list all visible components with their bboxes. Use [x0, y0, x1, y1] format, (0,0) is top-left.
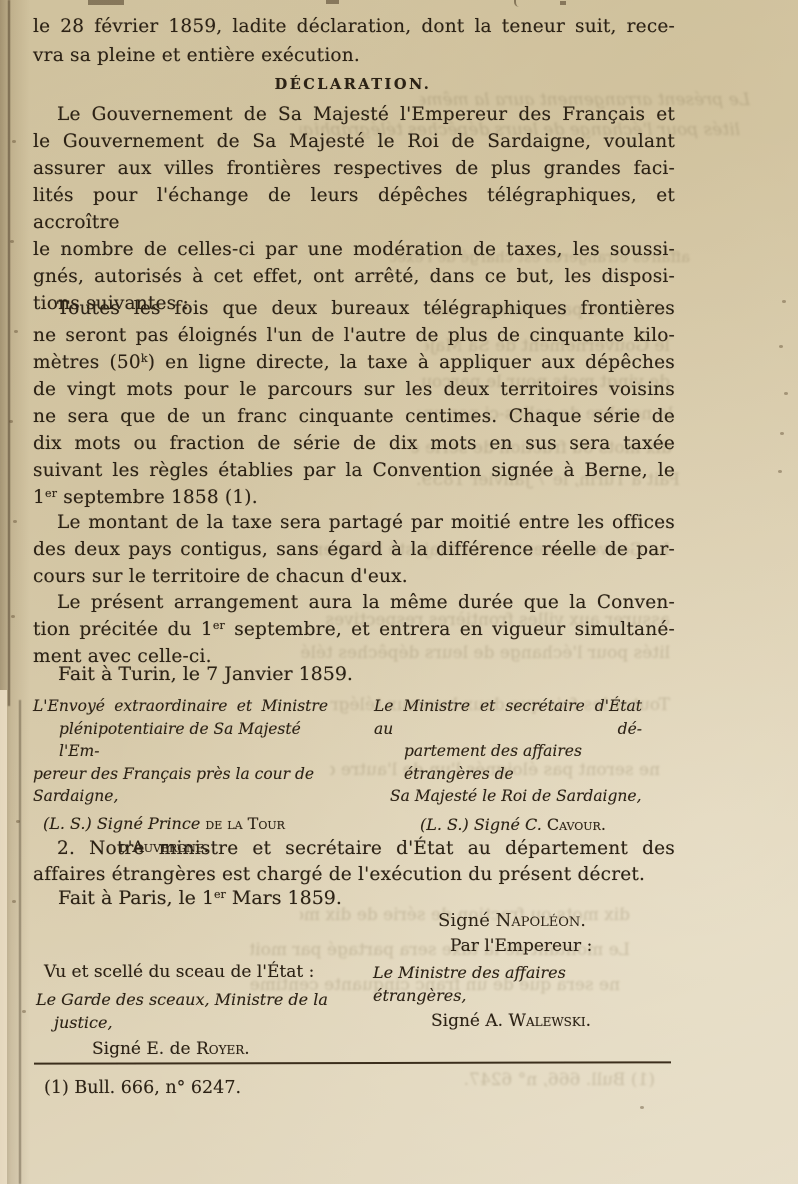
superscript-er: er: [214, 888, 226, 901]
paragraph-2-line: de vingt mots pour le parcours sur les d…: [33, 376, 675, 403]
paragraph-1: Le Gouvernement de Sa Majesté l'Empereur…: [33, 101, 675, 317]
article-2: 2. Notre ministre et secrétaire d'État a…: [33, 836, 675, 888]
signature-right-line: Sa Majesté le Roi de Sardaigne,: [390, 785, 642, 808]
paper-speck: [9, 420, 13, 423]
declaration-heading: DÉCLARATION.: [33, 76, 673, 93]
signature-napoleon: Signé Napoléon.: [438, 910, 586, 931]
paragraph-2: Toutes les fois que deux bureaux télégra…: [33, 295, 675, 511]
footnote-separator-rule: [34, 1061, 671, 1064]
cropped-header-remnant: [514, 0, 524, 7]
signature-royer: Signé E. de Royer.: [92, 1039, 374, 1059]
paragraph-1-line: assurer aux villes frontières respective…: [33, 155, 675, 182]
paper-speck: [782, 300, 786, 303]
paragraph-1-line: Le Gouvernement de Sa Majesté l'Empereur…: [33, 101, 675, 128]
paragraph-3-line: cours sur le territoire de chacun d'eux.: [33, 563, 675, 590]
intro-line-1: le 28 février 1859, ladite déclaration, …: [33, 12, 675, 41]
paper-speck: [10, 240, 14, 243]
article-2-line: 2. Notre ministre et secrétaire d'État a…: [33, 836, 675, 862]
par-empereur-line: Par l'Empereur :: [450, 936, 592, 956]
page-edge-highlight: [0, 690, 7, 1184]
bleedthrough-text: (1) Bull. 666, n° 6247.: [420, 1070, 655, 1092]
paper-speck: [784, 392, 788, 395]
intro-line-2: vra sa pleine et entière exécution.: [33, 41, 675, 70]
paragraph-4-line: Le présent arrangement aura la même duré…: [33, 589, 675, 616]
paragraph-2-line: mètres (50k) en ligne directe, la taxe à…: [33, 349, 675, 376]
paragraph-3-line: Le montant de la taxe sera partagé par m…: [33, 509, 675, 536]
signature-left-line: pereur des Français près la cour de: [33, 763, 328, 786]
signature-walewski: Signé A. Walewski.: [431, 1011, 663, 1031]
superscript-er: er: [45, 487, 57, 500]
seal-attestation-line: Vu et scellé du sceau de l'État :: [44, 962, 374, 982]
paragraph-3: Le montant de la taxe sera partagé par m…: [33, 509, 675, 590]
keeper-of-seals-line: justice,: [54, 1012, 374, 1035]
paper-speck: [11, 615, 15, 618]
signature-left: L'Envoyé extraordinaire et Ministre plén…: [33, 695, 328, 858]
signer-name: Napoléon.: [496, 910, 586, 931]
article-2-line: affaires étrangères est chargé de l'exéc…: [33, 862, 675, 888]
keeper-of-seals-line: Le Garde des sceaux, Ministre de la: [36, 989, 374, 1012]
signature-right-seal-line: (L. S.) Signé C. Cavour.: [420, 814, 642, 837]
paragraph-2-line: ne sera que de un franc cinquante centim…: [33, 403, 675, 430]
foreign-minister-block: Le Ministre des affaires étrangères, Sig…: [373, 962, 663, 1031]
paper-speck: [640, 1106, 644, 1109]
paragraph-1-line: le Gouvernement de Sa Majesté le Roi de …: [33, 128, 675, 155]
paper-speck: [778, 470, 782, 473]
paragraph-4: Le présent arrangement aura la même duré…: [33, 589, 675, 670]
paper-speck: [779, 345, 783, 348]
paragraph-1-line: gnés, autorisés à cet effet, ont arrêté,…: [33, 263, 675, 290]
paragraph-1-line: le nombre de celles-ci par une modératio…: [33, 236, 675, 263]
signature-left-line: Sardaigne,: [33, 785, 328, 808]
signature-right-line: Le Ministre et secrétaire d'État au dé-: [374, 695, 642, 740]
cropped-header-remnant: [560, 1, 566, 5]
paragraph-2-line: 1er septembre 1858 (1).: [33, 484, 675, 511]
scanned-document-page: Le présent arrangement aura la même duré…: [0, 0, 798, 1184]
paragraph-2-line: ne seront pas éloignés l'un de l'autre d…: [33, 322, 675, 349]
paragraph-2-line: Toutes les fois que deux bureaux télégra…: [33, 295, 675, 322]
intro-paragraph: le 28 février 1859, ladite déclaration, …: [33, 12, 675, 70]
paper-speck: [22, 1010, 26, 1013]
foreign-minister-title: Le Ministre des affaires étrangères,: [373, 962, 663, 1007]
superscript-k: k: [141, 352, 148, 365]
paragraph-1-line: lités pour l'échange de leurs dépêches t…: [33, 182, 675, 236]
signature-left-line: L'Envoyé extraordinaire et Ministre: [33, 695, 328, 718]
seal-attestation-block: Vu et scellé du sceau de l'État : Le Gar…: [44, 962, 374, 1059]
paper-speck: [780, 432, 784, 435]
paper-speck: [12, 140, 16, 143]
footnote: (1) Bull. 666, n° 6247.: [44, 1078, 241, 1098]
paragraph-2-line: suivant les règles établies par la Conve…: [33, 457, 675, 484]
dateline-paris: Fait à Paris, le 1er Mars 1859.: [58, 887, 342, 909]
signer-name: de la Tour: [205, 814, 285, 833]
signer-name: Cavour.: [547, 815, 606, 834]
signature-left-line: plénipotentiaire de Sa Majesté l'Em-: [59, 718, 328, 763]
cropped-header-remnant: [88, 0, 124, 5]
signature-right: Le Ministre et secrétaire d'État au dé- …: [374, 695, 642, 837]
signer-name: Royer.: [196, 1039, 250, 1059]
paragraph-2-line: dix mots ou fraction de série de dix mot…: [33, 430, 675, 457]
binding-crease-line: [8, 0, 10, 706]
binding-crease-line: [19, 700, 21, 1184]
dateline-turin: Fait à Turin, le 7 Janvier 1859.: [58, 663, 353, 685]
signer-name: Walewski.: [508, 1011, 591, 1031]
paragraph-4-line: tion précitée du 1er septembre, et entre…: [33, 616, 675, 643]
cropped-header-remnant: [326, 0, 339, 4]
paper-speck: [13, 520, 17, 523]
paper-speck: [14, 330, 18, 333]
superscript-er: er: [213, 619, 225, 632]
paper-speck: [12, 900, 16, 903]
signature-right-line: partement des affaires étrangères de: [404, 740, 642, 785]
paper-speck: [16, 820, 20, 823]
signature-left-seal-line: (L. S.) Signé Prince de la Tour: [43, 813, 328, 836]
paragraph-3-line: des deux pays contigus, sans égard à la …: [33, 536, 675, 563]
